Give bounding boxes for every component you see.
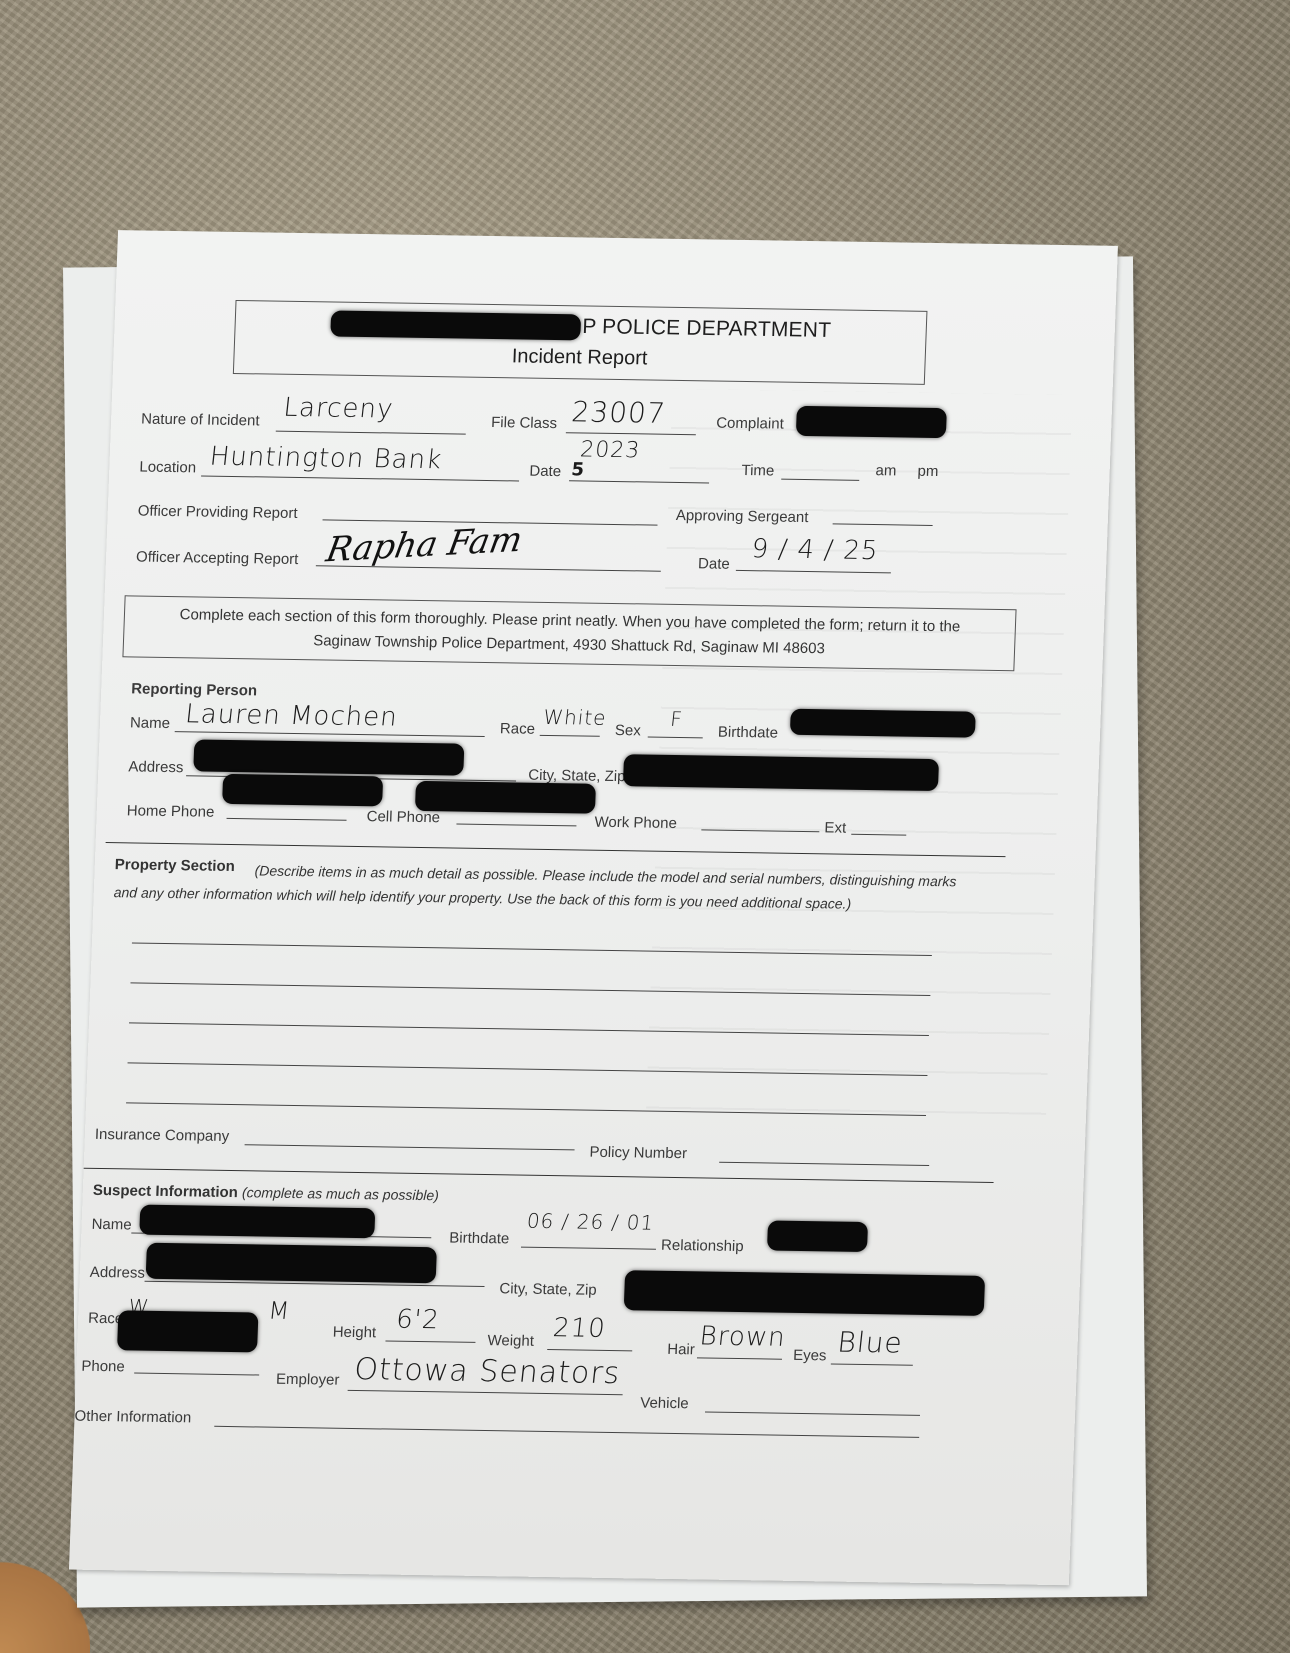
location-field[interactable] <box>201 475 519 481</box>
suspect-vehicle-field[interactable] <box>705 1412 920 1416</box>
rp-name-value: Lauren Mochen <box>184 699 400 732</box>
suspect-birthdate-value: 06 / 26 / 01 <box>526 1209 656 1235</box>
rp-address-label: Address <box>128 758 184 776</box>
complaint-label: Complaint <box>716 415 784 433</box>
pm-option[interactable]: pm <box>917 463 938 480</box>
location-label: Location <box>139 459 196 477</box>
file-class-value: 23007 <box>570 395 668 429</box>
suspect-height-field[interactable] <box>385 1340 475 1342</box>
suspect-birthdate-label: Birthdate <box>449 1229 510 1247</box>
policy-number-field[interactable] <box>719 1162 929 1166</box>
suspect-heading: Suspect Information (complete as much as… <box>93 1182 440 1204</box>
accept-date-label: Date <box>698 555 730 572</box>
suspect-eyes-label: Eyes <box>793 1347 827 1365</box>
suspect-weight-label: Weight <box>487 1332 534 1350</box>
instructions-box: Complete each section of this form thoro… <box>122 595 1016 671</box>
suspect-phone-label: Phone <box>81 1358 125 1376</box>
suspect-eyes-field[interactable] <box>831 1363 913 1365</box>
suspect-section-title: Suspect Information <box>93 1182 239 1201</box>
officer-providing-label: Officer Providing Report <box>137 502 297 522</box>
suspect-address-field[interactable] <box>145 1281 485 1287</box>
suspect-weight-value: 210 <box>551 1313 607 1344</box>
suspect-name-label: Name <box>91 1216 132 1234</box>
rp-birthdate-redaction <box>790 709 976 738</box>
rp-race-value: White <box>542 705 608 730</box>
rp-work-phone-label: Work Phone <box>594 814 677 832</box>
bleed-through-text <box>646 389 1072 1115</box>
other-information-label: Other Information <box>74 1408 191 1427</box>
nature-of-incident-value: Larceny <box>282 393 395 425</box>
suspect-hair-value: Brown <box>698 1321 787 1352</box>
suspect-phone-field[interactable] <box>134 1373 259 1376</box>
rp-race-label: Race <box>500 720 536 738</box>
incident-date-year: 2023 <box>579 437 642 463</box>
rp-cell-phone-redaction <box>415 781 596 814</box>
reporting-person-title: Reporting Person <box>131 680 257 699</box>
officer-accepting-label: Officer Accepting Report <box>136 548 299 568</box>
policy-number-label: Policy Number <box>589 1144 687 1163</box>
rp-cell-phone-field[interactable] <box>456 824 576 827</box>
incident-report-form: P POLICE DEPARTMENT Incident Report Natu… <box>69 230 1118 1585</box>
suspect-eyes-value: Blue <box>836 1326 905 1360</box>
suspect-city-label: City, State, Zip <box>499 1280 597 1299</box>
other-information-field[interactable] <box>214 1426 919 1438</box>
suspect-vehicle-label: Vehicle <box>640 1394 689 1412</box>
approving-sergeant-label: Approving Sergeant <box>676 507 809 526</box>
complaint-redaction <box>796 406 947 438</box>
form-header: P POLICE DEPARTMENT Incident Report <box>233 300 928 385</box>
suspect-race-redaction <box>117 1310 258 1352</box>
am-option[interactable]: am <box>875 462 896 479</box>
suspect-relationship-label: Relationship <box>661 1237 744 1255</box>
suspect-employer-field[interactable] <box>348 1390 623 1395</box>
insurance-field[interactable] <box>245 1144 575 1150</box>
rp-sex-label: Sex <box>615 722 641 739</box>
nature-of-incident-label: Nature of Incident <box>141 411 260 430</box>
suspect-sex-value: M <box>267 1297 292 1325</box>
suspect-hair-label: Hair <box>667 1341 695 1358</box>
time-label: Time <box>741 462 774 480</box>
suspect-weight-field[interactable] <box>547 1349 632 1351</box>
rp-name-field[interactable] <box>175 731 485 737</box>
redaction-bar <box>330 310 581 340</box>
suspect-relationship-redaction <box>767 1220 868 1252</box>
rp-race-field[interactable] <box>540 735 600 737</box>
suspect-employer-label: Employer <box>276 1371 340 1389</box>
form-title: Incident Report <box>234 341 925 375</box>
section-divider-2 <box>84 1168 994 1183</box>
department-name-text: P POLICE DEPARTMENT <box>582 315 832 342</box>
incident-date-label: Date <box>529 463 561 480</box>
rp-sex-value: F <box>669 707 684 731</box>
insurance-label: Insurance Company <box>95 1126 230 1145</box>
suspect-name-redaction <box>139 1205 375 1239</box>
rp-ext-label: Ext <box>824 819 846 836</box>
nature-of-incident-field[interactable] <box>276 431 466 435</box>
accept-date-value: 9 / 4 / 25 <box>750 534 880 566</box>
suspect-height-value: 6'2 <box>395 1305 441 1336</box>
officer-signature: Rapha Fam <box>323 520 525 571</box>
suspect-employer-value: Ottowa Senators <box>353 1352 623 1391</box>
suspect-address-label: Address <box>90 1264 146 1282</box>
suspect-section-note: (complete as much as possible) <box>242 1184 439 1203</box>
location-value: Huntington Bank <box>208 442 444 476</box>
rp-birthdate-label: Birthdate <box>718 724 779 742</box>
rp-address-redaction <box>193 739 464 775</box>
suspect-height-label: Height <box>332 1324 376 1342</box>
department-name: P POLICE DEPARTMENT <box>235 309 926 346</box>
rp-home-phone-redaction <box>222 774 383 806</box>
file-class-label: File Class <box>491 414 557 432</box>
rp-city-redaction <box>623 754 939 791</box>
suspect-birthdate-field[interactable] <box>521 1247 656 1250</box>
suspect-hair-field[interactable] <box>697 1357 782 1359</box>
suspect-city-redaction <box>624 1270 985 1316</box>
rp-home-phone-field[interactable] <box>227 818 347 821</box>
rp-name-label: Name <box>130 714 171 732</box>
suspect-address-redaction <box>146 1243 437 1284</box>
rp-home-phone-label: Home Phone <box>126 802 214 820</box>
